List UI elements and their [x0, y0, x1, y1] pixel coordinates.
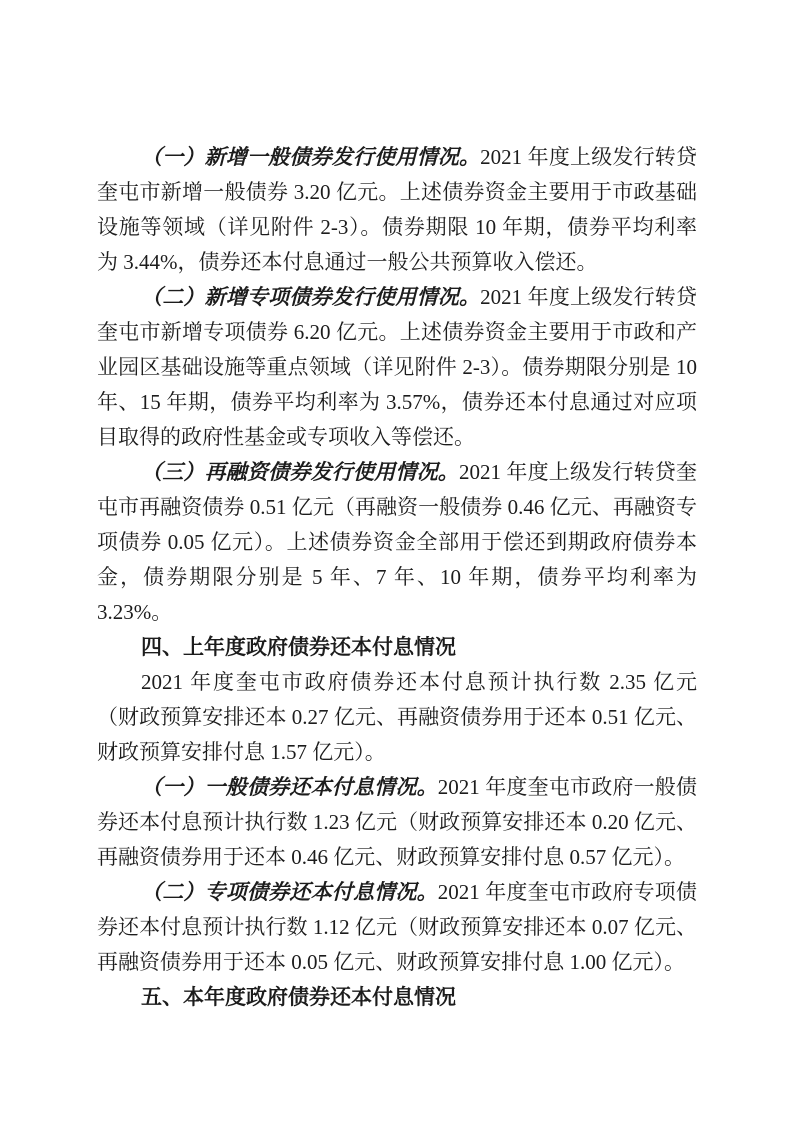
- paragraph-lead: （二）专项债券还本付息情况。: [141, 880, 438, 904]
- paragraph-prior-year-debt-service: 2021 年度奎屯市政府债券还本付息预计执行数 2.35 亿元（财政预算安排还本…: [97, 665, 697, 770]
- paragraph-body: 2021 年度上级发行转贷奎屯市新增专项债券 6.20 亿元。上述债券资金主要用…: [97, 285, 697, 449]
- document-page: （一）新增一般债券发行使用情况。2021 年度上级发行转贷奎屯市新增一般债券 3…: [0, 0, 793, 1122]
- paragraph-special-bond-debt-service: （二）专项债券还本付息情况。2021 年度奎屯市政府专项债券还本付息预计执行数 …: [97, 875, 697, 980]
- paragraph-new-general-bonds: （一）新增一般债券发行使用情况。2021 年度上级发行转贷奎屯市新增一般债券 3…: [97, 140, 697, 280]
- paragraph-lead: （三）再融资债券发行使用情况。: [141, 460, 459, 484]
- paragraph-lead: （一）新增一般债券发行使用情况。: [141, 145, 480, 169]
- paragraph-body: 2021 年度奎屯市政府债券还本付息预计执行数 2.35 亿元（财政预算安排还本…: [97, 670, 697, 764]
- paragraph-body: 2021 年度上级发行转贷奎屯市再融资债券 0.51 亿元（再融资一般债券 0.…: [97, 460, 697, 624]
- paragraph-lead: （一）一般债券还本付息情况。: [141, 775, 438, 799]
- paragraph-lead: （二）新增专项债券发行使用情况。: [141, 285, 480, 309]
- paragraph-general-bond-debt-service: （一）一般债券还本付息情况。2021 年度奎屯市政府一般债券还本付息预计执行数 …: [97, 770, 697, 875]
- document-text-block: （一）新增一般债券发行使用情况。2021 年度上级发行转贷奎屯市新增一般债券 3…: [97, 140, 697, 1015]
- paragraph-refinancing-bonds: （三）再融资债券发行使用情况。2021 年度上级发行转贷奎屯市再融资债券 0.5…: [97, 455, 697, 630]
- section-heading-4: 四、上年度政府债券还本付息情况: [97, 630, 697, 665]
- paragraph-new-special-bonds: （二）新增专项债券发行使用情况。2021 年度上级发行转贷奎屯市新增专项债券 6…: [97, 280, 697, 455]
- section-heading-5: 五、本年度政府债券还本付息情况: [97, 980, 697, 1015]
